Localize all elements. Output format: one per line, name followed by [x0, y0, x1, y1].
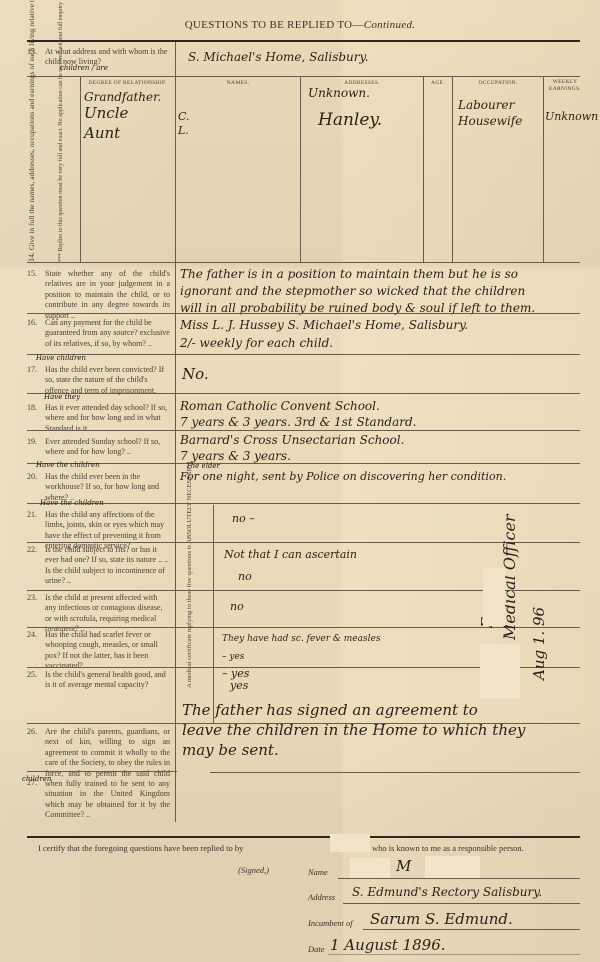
q23-text: Is the child at present affected with an…	[45, 593, 170, 635]
q18-number: 18.	[27, 403, 37, 412]
q17-number: 17.	[27, 365, 37, 374]
q13-answer: S. Michael's Home, Salisbury.	[188, 50, 369, 64]
q22-answer-line: no	[224, 566, 444, 588]
addresses-divider	[423, 76, 424, 262]
q20-number: 20.	[27, 472, 37, 481]
name-line	[338, 878, 580, 879]
name-value: M	[396, 857, 411, 875]
q27-number: 27.	[27, 778, 37, 787]
title-text: QUESTIONS TO BE REPLIED TO—	[185, 19, 364, 31]
q22-answer-line: Not that I can ascertain	[224, 544, 444, 566]
page-title: QUESTIONS TO BE REPLIED TO—Continued.	[0, 19, 600, 31]
certification-rule	[27, 836, 580, 838]
q25-number: 25.	[27, 670, 37, 679]
q14-question: Give in full the names, addresses, occup…	[27, 0, 36, 250]
q16-answer-line: Miss L. J. Hussey S. Michael's Home, Sal…	[180, 316, 580, 334]
q24-answer: They have had sc. fever & measles – yes	[222, 630, 452, 666]
q26-answer: The father has signed an agreement to le…	[182, 700, 592, 760]
address-value: S. Edmund's Rectory Salisbury.	[352, 885, 542, 899]
q15-answer-line: will in all probability be ruined body &…	[180, 300, 580, 317]
row2-relationship: Uncle	[84, 104, 128, 122]
redaction-block	[483, 568, 505, 626]
q17-text: Has the child ever been convicted? If so…	[45, 365, 170, 396]
medical-divider	[213, 505, 214, 723]
redaction-block	[350, 858, 390, 878]
age-divider	[452, 76, 453, 262]
col-weekly-earnings: WEEKLY EARNINGS.	[545, 79, 585, 93]
q26-text: Are the child's parents, guardians, or n…	[45, 727, 170, 821]
q21-rule	[27, 542, 580, 543]
row2-address: Hanley.	[318, 110, 382, 130]
q22-number: 22.	[27, 545, 37, 554]
q14-inner-divider	[80, 76, 81, 262]
q25-answer: – yes yes	[222, 668, 249, 692]
q15-answer-line: ignorant and the stepmother so wicked th…	[180, 283, 580, 300]
q15-answer-line: The father is in a position to maintain …	[180, 266, 580, 283]
column-divider	[175, 42, 176, 822]
q23-answer: no	[230, 600, 244, 613]
address-line	[343, 903, 580, 904]
incumbent-label: Incumbent of	[308, 918, 353, 928]
q16-rule	[27, 354, 580, 355]
q24-text: Has the child had scarlet fever or whoop…	[45, 630, 170, 672]
q17-annotation: Have children	[36, 354, 86, 362]
q26-answer-line: The father has signed an agreement to	[182, 700, 592, 720]
q26-number: 26.	[27, 727, 37, 736]
title-suffix: Continued.	[364, 19, 416, 31]
names-divider	[300, 76, 301, 262]
incumbent-line	[363, 929, 580, 930]
col-age: AGE.	[424, 80, 452, 86]
q16-answer: Miss L. J. Hussey S. Michael's Home, Sal…	[180, 316, 580, 352]
incumbent-value: Sarum S. Edmund.	[370, 910, 513, 928]
q15-rule	[27, 313, 580, 314]
q19-answer-line: Barnard's Cross Unsectarian School.	[180, 432, 580, 448]
redaction-block	[330, 834, 370, 852]
row2-name: C.	[178, 110, 190, 123]
q23-rule	[27, 627, 580, 628]
q20-answer: For one night, sent by Police on discove…	[180, 470, 590, 483]
row3-name: L.	[178, 124, 189, 137]
q18-rule	[27, 430, 580, 431]
row1-address: Unknown.	[308, 86, 370, 100]
certification-text-after: who is known to me as a responsible pers…	[372, 843, 524, 853]
row2-earnings: Unknown	[545, 110, 598, 123]
q14-rule	[27, 262, 580, 263]
q16-answer-line: 2/- weekly for each child.	[180, 334, 580, 352]
q21-answer: no –	[232, 512, 255, 525]
q23-number: 23.	[27, 593, 37, 602]
col-relationship: DEGREE OF RELATIONSHIP.	[80, 80, 175, 86]
q14-number: 14.	[27, 252, 36, 262]
q21-annotation: Have the children	[40, 499, 104, 507]
row3-relationship: Aunt	[84, 124, 120, 142]
q21-number: 21.	[27, 510, 37, 519]
q15-number: 15.	[27, 269, 37, 278]
q18-answer-line: Roman Catholic Convent School.	[180, 398, 580, 414]
q17-rule	[27, 393, 580, 394]
q18-answer-line: 7 years & 3 years. 3rd & 1st Standard.	[180, 414, 580, 430]
q13-rule	[27, 76, 580, 77]
col-occupation: OCCUPATION.	[453, 80, 543, 86]
q16-text: Can any payment for the child be guarant…	[45, 318, 170, 349]
q24-answer-line: They have had sc. fever & measles	[222, 630, 452, 648]
date-label: Date	[308, 944, 325, 954]
q25-text: Is the child's general health good, and …	[45, 670, 170, 691]
q13-annotation: children / are	[60, 64, 108, 72]
q19-number: 19.	[27, 437, 37, 446]
q19-answer: Barnard's Cross Unsectarian School. 7 ye…	[180, 432, 580, 464]
q26-rule	[27, 771, 177, 772]
row3-occupation: Housewife	[458, 114, 522, 128]
q20-annotation: Have the children	[36, 461, 100, 469]
q22-answer: Not that I can ascertain no	[224, 544, 444, 588]
q22-text: Is the child subject to fits? or has it …	[45, 545, 170, 587]
col-names: NAMES.	[176, 80, 300, 86]
address-label: Address	[308, 892, 335, 902]
redaction-block	[480, 644, 520, 699]
q15-answer: The father is in a position to maintain …	[180, 266, 580, 317]
signed-label: (Signed,)	[238, 865, 269, 875]
q17-answer: No.	[182, 365, 209, 383]
certification-text: I certify that the foregoing questions h…	[38, 843, 243, 853]
q24-answer-line: – yes	[222, 648, 452, 666]
q16-number: 16.	[27, 318, 37, 327]
row1-relationship: Grandfather.	[84, 90, 161, 104]
q14-note: *** Replies to this question must be ver…	[58, 77, 65, 262]
q26-answer-line: leave the children in the Home to which …	[182, 720, 592, 740]
redaction-block	[425, 856, 480, 878]
q18-answer: Roman Catholic Convent School. 7 years &…	[180, 398, 580, 430]
q18-annotation: Have they	[44, 393, 80, 401]
q26-answer-rule	[210, 772, 580, 773]
header-rule	[27, 40, 580, 42]
date-value: 1 August 1896.	[330, 936, 446, 954]
q19-text: Ever attended Sunday school? If so, wher…	[45, 437, 170, 458]
occupation-divider	[543, 76, 544, 262]
date-line	[328, 954, 580, 955]
q24-number: 24.	[27, 630, 37, 639]
q19-answer-line: 7 years & 3 years.	[180, 448, 580, 464]
q25-answer-line: yes	[222, 680, 249, 692]
q26-answer-line: may be sent.	[182, 740, 592, 760]
q19-rule	[27, 463, 580, 464]
name-label: Name	[308, 867, 328, 877]
medical-signature-date: Aug 1. 96	[530, 607, 548, 680]
medical-side-label: A medical certificate replying to these …	[186, 498, 194, 688]
q20-rule	[27, 503, 580, 504]
q14-text: 14. Give in full the names, addresses, o…	[27, 77, 36, 262]
row2-occupation: Labourer	[458, 98, 514, 112]
